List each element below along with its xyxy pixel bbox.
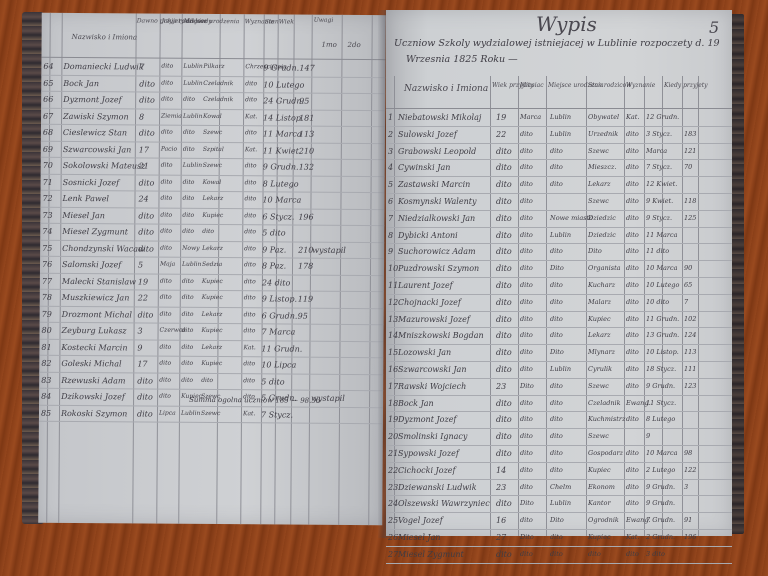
student-name: Malecki Stanislaw <box>62 276 136 286</box>
row-number: 65 <box>43 78 53 87</box>
religion: dito <box>244 311 256 318</box>
admission-date: 10 Listop. <box>646 348 679 356</box>
register-number: 183 <box>684 130 696 138</box>
table-row: 20Smolinski IgnacyditoditoditoSzewc9 <box>386 429 732 446</box>
student-name: Szwarcowski Jan <box>398 365 466 374</box>
parents-status: Dziedzic <box>588 214 616 222</box>
table-row: 24Olszewski WawrzyniecditoDitoLublinKant… <box>386 496 732 513</box>
parent-occupation: Czeladnik <box>203 79 233 86</box>
left-table-rows: 64Domaniecki Ludwik7ditoLublinPilkarzChr… <box>39 59 386 424</box>
birthplace: Lublin <box>183 112 202 119</box>
row-number: 77 <box>42 276 52 285</box>
parent-field: dito <box>161 63 173 70</box>
month: dito <box>520 516 533 524</box>
month: Dito <box>520 533 534 541</box>
month: dito <box>520 399 533 407</box>
student-name: Bock Jan <box>398 399 434 408</box>
birthplace: dito <box>182 211 194 218</box>
register-number: 178 <box>298 262 313 271</box>
parents-status: Dziedzic <box>588 231 616 239</box>
month: dito <box>520 281 533 289</box>
birthplace: Nowy <box>182 244 199 251</box>
table-row: 17Rawski Wojciech23DitoditoSzewcdito9 Gr… <box>386 379 732 396</box>
admission-date: 10 Marca <box>646 449 678 457</box>
parent-field: dito <box>160 228 172 235</box>
age: 24 <box>138 194 148 203</box>
parents-status: Malarz <box>588 298 611 306</box>
register-number: 132 <box>299 163 314 172</box>
student-name: Sokolowski Mateusz <box>63 161 146 171</box>
parent-field: Maja <box>160 261 175 268</box>
row-number: 2 <box>388 130 393 139</box>
religion: dito <box>244 294 256 301</box>
student-name: Puzdrowski Szymon <box>398 264 479 273</box>
parents-status: Urzednik <box>588 130 618 138</box>
admission-date: 7 Stycz. <box>646 163 672 171</box>
student-name: Rzewuski Adam <box>61 375 125 384</box>
row-number: 18 <box>388 399 398 408</box>
register-number: 3 <box>684 483 688 491</box>
parents-status: Mieszcz. <box>588 163 616 171</box>
parents-status: Szewc <box>588 147 609 155</box>
religion: dito <box>244 327 256 334</box>
row-number: 5 <box>388 180 393 189</box>
register-number: 95 <box>299 97 309 106</box>
birthplace: Dito <box>550 516 564 524</box>
age: dito <box>496 163 512 172</box>
parents-status: Organista <box>588 264 621 272</box>
admission-date: 14 Listop. <box>263 113 303 122</box>
row-number: 20 <box>388 432 398 441</box>
student-name: Chondzynski Wacaw <box>62 243 145 253</box>
age: 17 <box>137 359 147 368</box>
student-name: Chojnacki Jozef <box>398 298 461 307</box>
student-name: Olszewski Wawrzyniec <box>398 499 490 508</box>
row-number: 72 <box>42 194 52 203</box>
register-subtitle-line2: Wrzesnia 1825 Roku — <box>406 54 518 65</box>
register-number: 70 <box>684 163 692 171</box>
birthplace: Chelm <box>550 483 571 491</box>
row-number: 22 <box>388 466 398 475</box>
row-number: 76 <box>42 260 52 269</box>
table-row: 12Chojnacki JozefditoditoditoMalarzdito1… <box>386 295 732 312</box>
parent-field: dito <box>160 310 172 317</box>
age: 23 <box>496 382 506 391</box>
parents-status: Szewc <box>588 432 609 440</box>
header-admitted-date: Kiedy przyjety <box>664 82 708 89</box>
month: dito <box>520 180 533 188</box>
header-religion: Wyznanie <box>626 82 655 89</box>
student-name: Cywinski Jan <box>398 163 450 172</box>
admission-date: 9 Grudn. <box>646 382 675 390</box>
row-number: 9 <box>388 247 393 256</box>
parents-status: Lekarz <box>588 180 611 188</box>
admission-date: 18 Stycz. <box>646 365 676 373</box>
register-number: 91 <box>684 516 692 524</box>
table-row: 8Dybicki AntoniditoditoLublinDziedzicdit… <box>386 228 732 245</box>
student-name: Rokoski Szymon <box>61 408 127 417</box>
birthplace: Lublin <box>183 63 202 70</box>
age: 14 <box>496 466 506 475</box>
month: dito <box>520 466 533 474</box>
birthplace: dito <box>550 432 563 440</box>
header-remarks: Uwagi <box>314 17 334 24</box>
age: dito <box>138 244 154 253</box>
register-title: Wypis <box>536 12 597 36</box>
table-row: 1Niebatowski Mikolaj19MarcaLublinObywate… <box>386 110 732 127</box>
parent-field: dito <box>159 343 171 350</box>
age: dito <box>496 415 512 424</box>
student-name: Goleski Michal <box>61 359 121 368</box>
religion: Kat. <box>245 146 257 153</box>
student-name: Dyzmont Jozef <box>63 95 121 104</box>
row-number: 13 <box>388 315 398 324</box>
header-name: Nazwisko i Imiona <box>404 84 488 94</box>
right-table-header: Nazwisko i Imiona Wiek przyjety Miesiac … <box>386 78 732 108</box>
parent-occupation: Sedzia <box>202 261 222 268</box>
religion: Kat. <box>243 410 255 417</box>
religion: dito <box>626 331 639 339</box>
birthplace: dito <box>550 163 563 171</box>
age: dito <box>496 499 512 508</box>
open-register-book: Nazwisko i Imiona Dawno przyjety od kied… <box>0 0 768 576</box>
religion: dito <box>626 180 639 188</box>
parent-field: dito <box>160 195 172 202</box>
register-number: 119 <box>298 295 313 304</box>
parent-field: dito <box>160 211 172 218</box>
month: dito <box>520 449 533 457</box>
row-number: 66 <box>43 95 53 104</box>
month: Dito <box>520 382 534 390</box>
parent-field: dito <box>161 162 173 169</box>
table-row: 16Szwarcowski JanditoditoLublinCyrulikdi… <box>386 362 732 379</box>
age: dito <box>496 315 512 324</box>
student-name: Zeyburg Lukasz <box>62 326 127 335</box>
religion: Kat. <box>245 113 257 120</box>
student-name: Dziewanski Ludwik <box>398 483 477 492</box>
religion: dito <box>626 264 639 272</box>
religion: dito <box>626 449 639 457</box>
religion: dito <box>626 298 639 306</box>
table-row: 9Suchorowicz AdamditoditoditoDitodito11 … <box>386 244 732 261</box>
row-number: 16 <box>388 365 398 374</box>
religion: dito <box>245 179 257 186</box>
admission-date: 3 dito <box>646 550 665 558</box>
parent-occupation: Kupiec <box>202 277 223 284</box>
age: dito <box>138 211 154 220</box>
parents-status: dito <box>588 550 601 558</box>
admission-date: 11 Kwiet. <box>263 146 302 155</box>
row-number: 11 <box>388 281 398 290</box>
month: dito <box>520 231 533 239</box>
religion: dito <box>245 162 257 169</box>
birthplace: dito <box>182 228 194 235</box>
birthplace: Lublin <box>183 162 202 169</box>
student-name: Niebatowski Mikolaj <box>398 113 481 122</box>
birthplace: dito <box>182 294 194 301</box>
row-number: 14 <box>388 331 398 340</box>
right-page: Wypis 5 Uczniow Szkoly wydzialowej istni… <box>386 10 732 536</box>
row-number: 71 <box>43 177 53 186</box>
register-number: 196 <box>298 212 313 221</box>
admission-date: 7 Grudn. <box>646 516 675 524</box>
age: dito <box>496 247 512 256</box>
register-number: 113 <box>684 348 696 356</box>
remark: wystapil <box>312 245 346 254</box>
birthplace: dito <box>183 129 195 136</box>
month: Marca <box>520 113 541 121</box>
student-name: Szwarcowski Jan <box>63 144 132 153</box>
row-number: 17 <box>388 382 398 391</box>
religion: dito <box>626 348 639 356</box>
table-row: 85Rokoski SzymonditoLipcaLublinSzewcKat.… <box>39 405 383 424</box>
admission-date: 12 Grudn. <box>646 113 679 121</box>
parents-status: Szewc <box>588 382 609 390</box>
age: dito <box>139 95 155 104</box>
header-parents-status: Stan rodzicow <box>588 82 631 89</box>
row-number: 7 <box>388 214 393 223</box>
religion: dito <box>626 147 639 155</box>
register-number: 65 <box>684 281 692 289</box>
month: dito <box>520 315 533 323</box>
month: dito <box>520 163 533 171</box>
religion: dito <box>243 377 255 384</box>
religion: dito <box>626 231 639 239</box>
birthplace: dito <box>182 310 194 317</box>
row-number: 4 <box>388 163 393 172</box>
header-month: Miesiac <box>520 82 544 89</box>
admission-date: 11 Grudn. <box>261 344 302 353</box>
religion: dito <box>244 212 256 219</box>
admission-date: 8 Lutego <box>263 179 299 188</box>
row-number: 75 <box>42 243 52 252</box>
admission-date: 9 Grudn. <box>263 63 299 72</box>
student-name: Sulowski Jozef <box>398 130 457 139</box>
row-number: 80 <box>42 326 52 335</box>
table-row: 22Cichocki Jozef14ditoditoKupiecdito2 Lu… <box>386 463 732 480</box>
religion: dito <box>626 550 639 558</box>
table-row: 2Sulowski Jozef22ditoLublinUrzednikdito3… <box>386 127 732 144</box>
religion: dito <box>245 129 257 136</box>
admission-date: 2 Grudn. <box>646 533 675 541</box>
month: dito <box>520 147 533 155</box>
age: dito <box>138 227 154 236</box>
admission-date: 3 Stycz. <box>646 130 672 138</box>
student-name: Miesel Zygmunt <box>62 227 128 236</box>
header-second: 2do <box>348 41 361 49</box>
age: dito <box>496 231 512 240</box>
birthplace: Lublin <box>182 261 201 268</box>
birthplace: dito <box>550 281 563 289</box>
birthplace: dito <box>182 195 194 202</box>
parent-occupation: Lekarz <box>202 195 223 202</box>
month: dito <box>520 365 533 373</box>
left-table-header: Nazwisko i Imiona Dawno przyjety od kied… <box>41 13 385 59</box>
right-table-rows: 1Niebatowski Mikolaj19MarcaLublinObywate… <box>386 110 732 564</box>
student-name: Miesel Zygmunt <box>398 550 464 559</box>
table-row: 7Niedzialkowski JanditoditoNowe miastoDz… <box>386 211 732 228</box>
parents-status: Kuchmistrz <box>588 415 625 423</box>
age: dito <box>496 180 512 189</box>
birthplace: dito <box>550 180 563 188</box>
age: 19 <box>496 113 506 122</box>
age: dito <box>496 348 512 357</box>
table-row: 3Grabowski LeopoldditoditoditoSzewcditoM… <box>386 144 732 161</box>
religion: Kat. <box>243 344 255 351</box>
row-number: 3 <box>388 147 393 156</box>
religion: dito <box>626 130 639 138</box>
admission-date: 10 Marca <box>646 264 678 272</box>
student-name: Zastawski Marcin <box>398 180 470 189</box>
row-number: 21 <box>388 449 398 458</box>
birthplace: dito <box>182 277 194 284</box>
table-row: 23Dziewanski Ludwik23ditoChelmEkonomdito… <box>386 480 732 497</box>
table-row: 6Kosmynski WalentyditoditoSzewcdito9 Kwi… <box>386 194 732 211</box>
month: dito <box>520 348 533 356</box>
admission-date: 11 Marca <box>646 231 678 239</box>
age: 23 <box>496 483 506 492</box>
parents-status: Szewc <box>588 197 609 205</box>
header-first: 1mo <box>322 41 337 49</box>
religion: dito <box>626 483 639 491</box>
month: dito <box>520 331 533 339</box>
parent-field: dito <box>160 277 172 284</box>
register-number: 121 <box>684 147 696 155</box>
row-number: 26 <box>388 533 398 542</box>
left-page: Nazwisko i Imiona Dawno przyjety od kied… <box>38 13 386 525</box>
birthplace: dito <box>183 96 195 103</box>
religion: dito <box>245 80 257 87</box>
parent-occupation: Szewc <box>201 409 220 416</box>
religion: dito <box>626 365 639 373</box>
row-number: 83 <box>41 375 51 384</box>
table-row: 10Puzdrowski SzymonditoditoDitoOrganista… <box>386 261 732 278</box>
age: dito <box>138 310 154 319</box>
admission-date: 8 Lutego <box>646 415 675 423</box>
age: 8 <box>139 112 144 121</box>
student-name: Cichocki Jozef <box>398 466 456 475</box>
month: dito <box>520 247 533 255</box>
admission-date: 9 Grudn. <box>263 162 299 171</box>
birthplace: Lublin <box>550 499 571 507</box>
student-name: Mniszkowski Bogdan <box>398 331 484 340</box>
row-number: 68 <box>43 128 53 137</box>
religion: dito <box>244 261 256 268</box>
register-number: 98 <box>684 449 692 457</box>
parent-occupation: Lekarz <box>202 244 223 251</box>
age: 21 <box>139 161 149 170</box>
row-number: 27 <box>388 550 398 559</box>
student-name: Grabowski Leopold <box>398 147 476 156</box>
age: dito <box>496 432 512 441</box>
religion: dito <box>626 499 639 507</box>
age: 9 <box>137 343 142 352</box>
table-row: 15Lozowski JanditoditoDitoMlynarzdito10 … <box>386 345 732 362</box>
birthplace: dito <box>550 331 563 339</box>
admission-date: 7 Marca <box>262 327 296 336</box>
age: 22 <box>496 130 506 139</box>
header-name: Nazwisko i Imiona <box>72 33 138 41</box>
parents-status: Lekarz <box>588 331 611 339</box>
student-name: Drozmont Michal <box>62 309 132 318</box>
parent-occupation: Lekarz <box>201 343 222 350</box>
birthplace: Nowe miasto <box>550 214 593 222</box>
parents-status: Czeladnik <box>588 399 621 407</box>
page-number: 5 <box>709 18 719 37</box>
ruled-line <box>386 563 732 564</box>
student-name: Dyzmont Jozef <box>398 415 456 424</box>
parents-status: Mlynarz <box>588 348 615 356</box>
register-number: 113 <box>299 130 314 139</box>
age: dito <box>139 79 155 88</box>
birthplace: dito <box>550 415 563 423</box>
age: dito <box>496 298 512 307</box>
admission-date: 10 Lutego <box>646 281 679 289</box>
table-row: 27Miesel Zygmuntditoditoditoditodito3 di… <box>386 547 732 564</box>
row-number: 84 <box>41 392 51 401</box>
admission-date: 10 Lipca <box>261 360 296 369</box>
parents-status: Kupiec <box>588 533 611 541</box>
row-number: 19 <box>388 415 398 424</box>
parent-occupation: Kowal <box>203 112 222 119</box>
parents-status: Gospodarz <box>588 449 623 457</box>
religion: dito <box>244 228 256 235</box>
parent-field: dito <box>161 178 173 185</box>
religion: dito <box>626 281 639 289</box>
student-name: Niedzialkowski Jan <box>398 214 475 223</box>
admission-date: 6 Grudn. <box>262 311 298 320</box>
admission-date: 11 Marca <box>263 129 302 138</box>
row-number: 81 <box>41 342 51 351</box>
birthplace: Lublin <box>550 113 571 121</box>
parent-occupation: Szewc <box>203 129 222 136</box>
header-status: Stan <box>265 18 279 25</box>
admission-date: 9 Listop. <box>262 294 297 303</box>
parents-status: Ogrodnik <box>588 516 619 524</box>
birthplace: Lublin <box>181 409 200 416</box>
register-number: 196 <box>684 533 696 541</box>
table-row: 21Sypowski JozefditoditoditoGospodarzdit… <box>386 446 732 463</box>
age: 17 <box>139 145 149 154</box>
religion: dito <box>244 195 256 202</box>
age: dito <box>496 147 512 156</box>
student-name: Zawiski Szymon <box>63 111 129 120</box>
religion: dito <box>626 163 639 171</box>
birthplace: dito <box>550 399 563 407</box>
register-number: 95 <box>298 311 308 320</box>
header-birthplace: Miejsce urodzenia <box>184 18 240 25</box>
admission-date: 24 Grudn. <box>263 96 304 105</box>
parent-occupation: Kowal <box>203 178 222 185</box>
religion: dito <box>245 96 257 103</box>
register-number: 210 <box>299 146 314 155</box>
row-number: 67 <box>43 111 53 120</box>
admission-date: 7 Stycz. <box>261 410 293 419</box>
parents-status: Dito <box>588 247 602 255</box>
admission-date: 10 Lutego <box>263 80 304 89</box>
table-row: 13Mazurowski JozefditoditoditoKupiecdito… <box>386 312 732 329</box>
month: dito <box>520 483 533 491</box>
parent-occupation: Kupiec <box>202 327 223 334</box>
admission-date: 9 Grudn. <box>646 483 675 491</box>
admission-date: 24 dito <box>262 278 290 287</box>
row-number: 73 <box>42 210 52 219</box>
religion: dito <box>626 247 639 255</box>
age: dito <box>496 214 512 223</box>
parent-field: Ziemia <box>161 112 182 119</box>
student-name: Miesel Jan <box>398 533 441 542</box>
register-number: 111 <box>684 365 696 373</box>
